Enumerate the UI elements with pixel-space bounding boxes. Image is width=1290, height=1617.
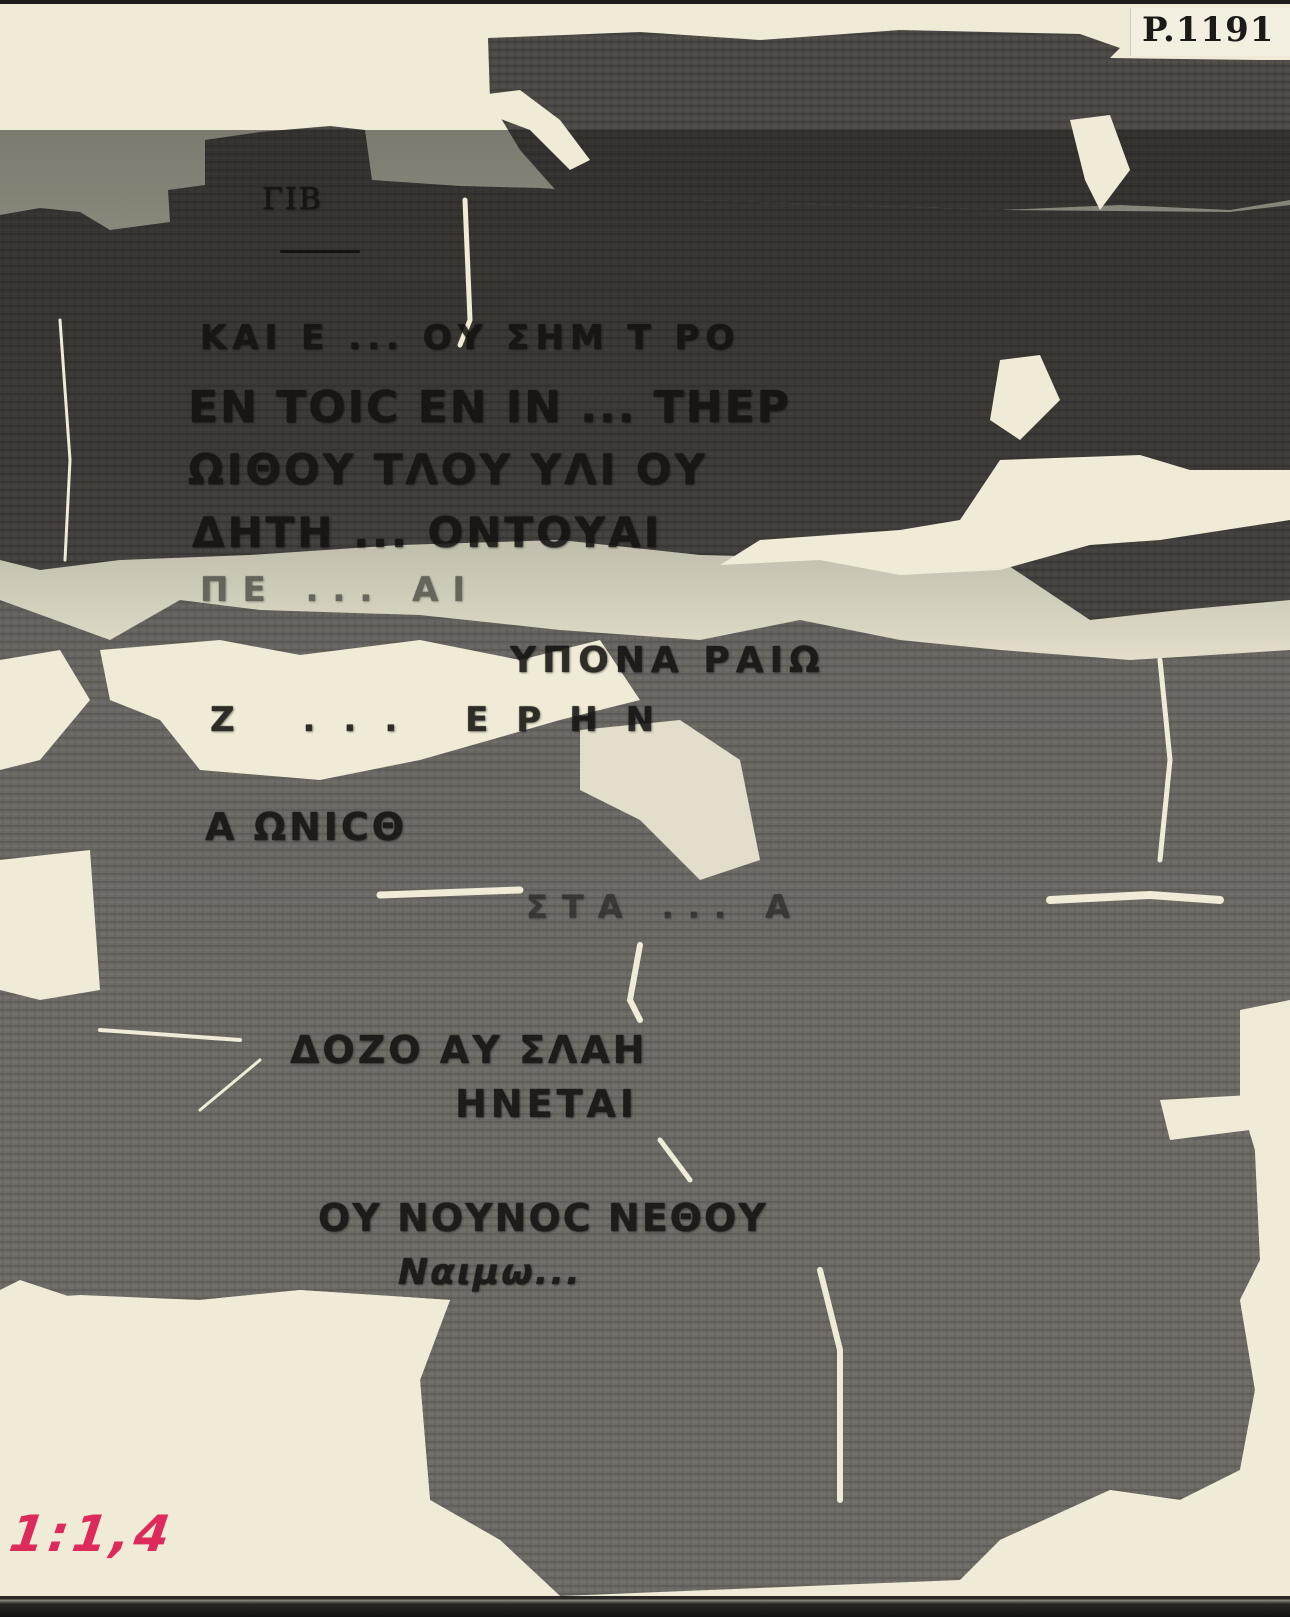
scale-annotation: 1:1,4	[6, 1505, 178, 1563]
text-line-2: ΕΝ ΤΟΙϹ ΕΝ ΙΝ ... ΤΗΕΡ	[188, 382, 791, 433]
photo-bottom-border	[0, 1596, 1290, 1617]
text-line-11: ΗΝΕΤΑΙ	[455, 1082, 638, 1126]
text-line-9: ΣΤΑ ... Α	[526, 888, 804, 926]
text-line-6: ΥΠΟΝΑ ΡΑΙΩ	[510, 640, 826, 681]
text-line-13: Ναιμω...	[398, 1252, 582, 1293]
papyrus-fragment	[0, 0, 1290, 1617]
heading-underline	[280, 250, 360, 253]
text-line-12: ΟΥ ΝΟΥΝΟϹ ΝΕΘΟΥ	[318, 1196, 768, 1240]
text-line-7: Ζ ... ΕΡΗΝ	[210, 700, 682, 740]
inventory-label: P.1191	[1142, 10, 1274, 50]
text-line-8: Α ΩΝΙϹΘ	[205, 805, 407, 849]
text-line-5: ΠΕ ... ΑΙ	[200, 570, 479, 610]
text-line-4: ΔΗΤΗ ... ΟΝΤΟΥΑΙ	[192, 508, 662, 557]
text-line-10: ΔΟΖΟ ΑΥ ΣΛΑΗ	[290, 1028, 648, 1072]
text-line-1: ΚΑΙ Ε ... ΟΥ ΣΗΜ Τ ΡΟ	[200, 318, 740, 358]
heading-text: ΓΙΒ	[262, 182, 323, 217]
text-line-3: ΩΙΘΟΥ ΤΛΟΥ ΥΛΙ ΟΥ	[188, 445, 708, 494]
